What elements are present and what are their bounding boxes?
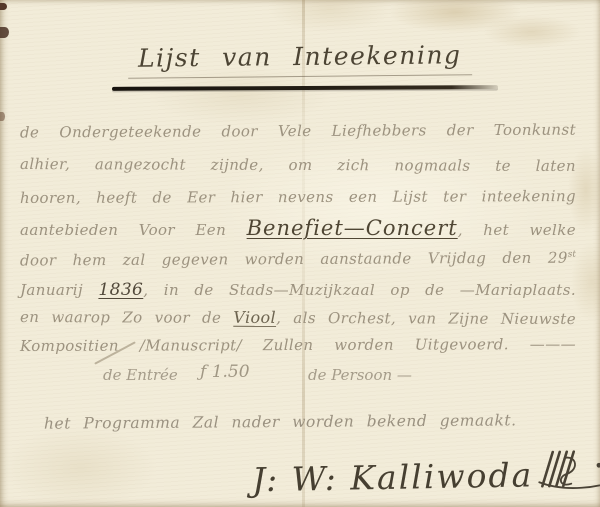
line-7-post: , als Orchest, van Zijne Nieuwste: [276, 309, 576, 328]
body-line-3: hooren, heeft de Eer hier nevens een Lij…: [20, 187, 576, 207]
line-2-text: alhier, aangezocht zijnde, om zich nogma…: [20, 155, 576, 175]
body-line-5: door hem zal gegeven worden aanstaande V…: [20, 249, 576, 270]
programma-line: het Programma Zal nader worden bekend ge…: [44, 411, 517, 432]
document-title-block: Lijst van Inteekening: [0, 42, 600, 77]
line-7-viool: Viool: [233, 308, 276, 327]
scanned-document: Lijst van Inteekening de Ondergeteekende…: [0, 0, 600, 507]
body-line-4: aantebieden Voor Een Benefiet—Concert, h…: [20, 216, 576, 240]
line-1-text: de Ondergeteekende door Vele Liefhebbers…: [20, 121, 576, 142]
title-rule: [112, 85, 498, 91]
entree-label: de Entrée: [103, 366, 178, 384]
line-5-superscript: st: [568, 250, 576, 260]
line-8-text: Kompositien /Manuscript/ Zullen worden U…: [20, 335, 576, 355]
line-6-pre: Januarij: [20, 281, 83, 299]
entree-price: ƒ 1.50: [200, 362, 250, 382]
signature-paraph-icon: [537, 447, 600, 497]
line-4-post: , het welke: [458, 221, 576, 239]
body-line-1: de Ondergeteekende door Vele Liefhebbers…: [20, 121, 576, 142]
programma-text: het Programma Zal nader worden bekend ge…: [44, 411, 517, 432]
ink-smudge: [0, 3, 7, 10]
entree-per-person: de Persoon —: [308, 366, 412, 384]
line-3-text: hooren, heeft de Eer hier nevens een Lij…: [20, 187, 576, 207]
ink-smudge: [0, 27, 9, 38]
line-6-post: , in de Stads—Muzijkzaal op de —Mariapla…: [143, 281, 576, 299]
line-6-year: 1836: [98, 280, 143, 300]
body-line-6: Januarij 1836, in de Stads—Muzijkzaal op…: [20, 280, 576, 300]
body-line-2: alhier, aangezocht zijnde, om zich nogma…: [20, 155, 576, 175]
signature-name: J: W: Kalliwoda: [252, 455, 534, 499]
ink-smudge: [0, 112, 5, 121]
line-7-pre: en waarop Zo voor de: [20, 308, 221, 327]
body-line-8: Kompositien /Manuscript/ Zullen worden U…: [20, 335, 576, 355]
line-4-benefiet-concert: Benefiet—Concert: [247, 216, 458, 240]
signature: J: W: Kalliwoda: [252, 437, 600, 500]
document-title: Lijst van Inteekening: [128, 40, 472, 79]
body-line-7: en waarop Zo voor de Viool, als Orchest,…: [20, 307, 576, 328]
line-5-text: door hem zal gegeven worden aanstaande V…: [20, 249, 568, 270]
line-4-pre: aantebieden Voor Een: [20, 221, 226, 239]
